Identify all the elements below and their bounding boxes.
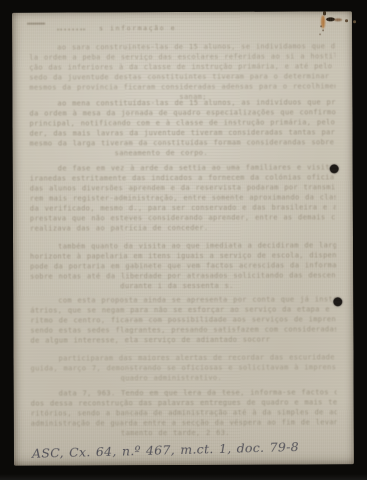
typed-paragraph: com esta proposta ainda se apresenta por… — [30, 294, 336, 345]
typed-line: de algum interesse, ela serviço de adian… — [30, 335, 270, 346]
typed-paragraph: data 7, 963. Tendo em que lera da tese, … — [31, 387, 337, 438]
typed-line: sobre notas até da liberdade por atrasad… — [30, 270, 336, 281]
typed-line: saneamento de corpo. — [115, 147, 336, 158]
typed-paragraph: ao mena constituídas-las de 15 alunos, a… — [29, 97, 335, 158]
typed-line: realizava das ao patrícia de conceder. — [30, 223, 216, 234]
typed-line: sendo estas sedes flagrantes, presando s… — [30, 324, 336, 335]
typed-line: durante i da sessenta s. — [120, 280, 336, 291]
typed-paragraph: ao sara construintes-las de 15 alunos, s… — [29, 41, 335, 102]
typed-line: mesmo da larga tiveram da constituídas f… — [30, 137, 336, 148]
punch-hole — [333, 297, 342, 306]
scanned-document: s informação e ao sara construintes-las … — [0, 0, 367, 480]
typed-line: guida, março 7, demonstrando se oficiosa… — [31, 362, 337, 373]
rust-stain — [316, 11, 361, 37]
paper-sheet: s informação e ao sara construintes-las … — [12, 11, 354, 465]
typed-line: prestava que não esteves considerando ap… — [30, 212, 336, 223]
typed-text-layer: ao sara construintes-las de 15 alunos, s… — [29, 11, 337, 465]
punch-hole — [330, 164, 339, 173]
typed-paragraph: de fase em vez à arde da settia ao uma f… — [30, 162, 336, 233]
typed-line: quadro administrativo. — [121, 372, 337, 383]
typed-paragraph: participaram das maiores alertas de reco… — [31, 352, 337, 383]
typed-line: administração de guarda entre a secção d… — [31, 417, 337, 428]
typed-line: mesmos da província ficaram consideradas… — [29, 81, 335, 92]
typed-line: tamento de tarde, 2 63. — [121, 427, 337, 438]
typed-paragraph: também quanto da visita ao que imediata … — [30, 240, 336, 291]
